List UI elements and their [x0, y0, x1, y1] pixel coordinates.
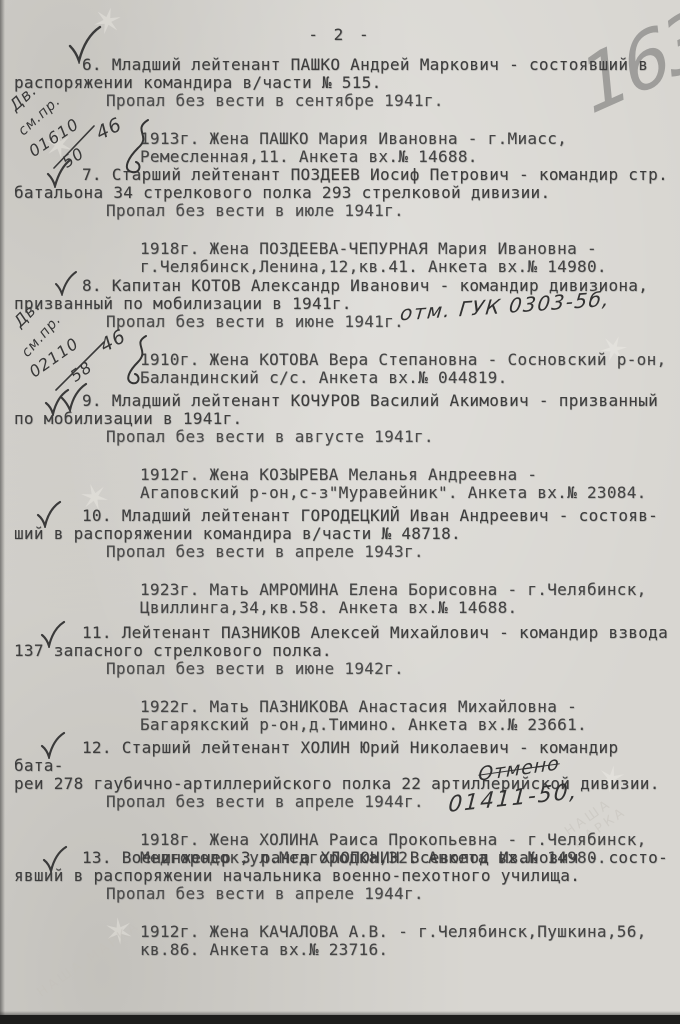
entry-missing-line: Пропал без вести в августе 1941г. [14, 428, 674, 446]
entry-missing-line: Пропал без вести в июле 1941г. [14, 202, 674, 220]
entry-main-line: 6. Младший лейтенант ПАШКО Андрей Марков… [14, 56, 674, 74]
relative-line: кв.86. Анкета вх.№ 23716. [140, 941, 674, 959]
relative-line: Цвиллинга,34,кв.58. Анкета вх.№ 14688. [140, 599, 674, 617]
checkmark-icon [40, 620, 66, 648]
relative-line: 1912г. Жена КОЗЫРЕВА Меланья Андреевна - [140, 466, 674, 484]
relative-line: 1918г. Жена ПОЗДЕЕВА-ЧЕПУРНАЯ Мария Иван… [140, 240, 674, 258]
entry-relative-block: 1910г. Жена КОТОВА Вера Степановна - Сос… [140, 351, 674, 387]
relative-line: Багарякский р-он,д.Тимино. Анкета вх.№ 2… [140, 716, 674, 734]
relative-line: Ремесленная,11. Анкета вх.№ 14688. [140, 148, 674, 166]
relative-line: г.Челябинск,Ленина,12,кв.41. Анкета вх.№… [140, 258, 674, 276]
checkmark-icon [46, 158, 72, 188]
ink-flourish [120, 334, 156, 390]
relative-line: 1913г. Жена ПАШКО Мария Ивановна - г.Миа… [140, 130, 674, 148]
entry-missing-line: Пропал без вести в сентябре 1941г. [14, 92, 674, 110]
relative-line: 1923г. Мать АМРОМИНА Елена Борисовна - г… [140, 581, 674, 599]
entry-relative-block: 1923г. Мать АМРОМИНА Елена Борисовна - г… [140, 581, 674, 617]
relative-line: 1922г. Мать ПАЗНИКОВА Анастасия Михайлов… [140, 698, 674, 716]
relative-line: 1912г. Жена КАЧАЛОВА А.В. - г.Челябинск,… [140, 923, 674, 941]
checkmark-icon [44, 388, 70, 416]
scan-edge-left [0, 0, 5, 1024]
checkmark-icon [54, 270, 78, 296]
checkmark-icon [68, 24, 102, 64]
entry-main-line: 11. Лейтенант ПАЗНИКОВ Алексей Михайлови… [14, 624, 674, 642]
entry-main-line: явший в распоряжении начальника военно-п… [14, 867, 674, 885]
entry-relative-block: 1912г. Жена КОЗЫРЕВА Меланья Андреевна -… [140, 466, 674, 502]
checkmark-icon [40, 731, 66, 759]
record-entry-7: 7. Старший лейтенант ПОЗДЕЕВ Иосиф Петро… [14, 166, 674, 276]
record-entry-9: 9. Младший лейтенант КОЧУРОВ Василий Аки… [14, 392, 674, 502]
entry-main-line: 12. Старший лейтенант ХОЛИН Юрий Николае… [14, 739, 674, 775]
entry-main-line: ший в распоряжении командира в/части № 4… [14, 525, 674, 543]
entry-main-line: 10. Младший лейтенант ГОРОДЕЦКИЙ Иван Ан… [14, 507, 674, 525]
relative-line: Агаповский р-он,с-з"Муравейник". Анкета … [140, 484, 674, 502]
entry-main-line: 13. Военинженер 3 ранга ХЛОПОНИН Всеволо… [14, 849, 674, 867]
scanned-document-page: ✶ ✶ ✶ ✶ ✶ ✶ НАША МАРКА НАША МАРКА - 2 - … [0, 0, 680, 1024]
entry-relative-block: 1922г. Мать ПАЗНИКОВА Анастасия Михайлов… [140, 698, 674, 734]
ink-flourish [118, 118, 160, 180]
entry-main-line: распоряжении командира в/части № 515. [14, 74, 674, 92]
relative-line: 1918г. Жена ХОЛИНА Раиса Прокопьевна - г… [140, 831, 674, 849]
entry-relative-block: 1918г. Жена ПОЗДЕЕВА-ЧЕПУРНАЯ Мария Иван… [140, 240, 674, 276]
entry-main-line: 137 запасного стрелкового полка. [14, 642, 674, 660]
entry-relative-block: 1912г. Жена КАЧАЛОВА А.В. - г.Челябинск,… [140, 923, 674, 959]
checkmark-icon [42, 845, 68, 873]
record-entry-10: 10. Младший лейтенант ГОРОДЕЦКИЙ Иван Ан… [14, 507, 674, 617]
entry-main-line: по мобилизации в 1941г. [14, 410, 674, 428]
entry-missing-line: Пропал без вести в июне 1942г. [14, 660, 674, 678]
scan-edge-bottom [0, 1015, 680, 1024]
entry-main-line: 9. Младший лейтенант КОЧУРОВ Василий Аки… [14, 392, 674, 410]
entry-main-line: батальона 34 стрелкового полка 293 стрел… [14, 184, 674, 202]
entry-missing-line: Пропал без вести в апреле 1943г. [14, 543, 674, 561]
record-entry-6: 6. Младший лейтенант ПАШКО Андрей Марков… [14, 56, 674, 166]
entry-relative-block: 1913г. Жена ПАШКО Мария Ивановна - г.Миа… [140, 130, 674, 166]
entry-missing-line: Пропал без вести в апреле 1944г. [14, 885, 674, 903]
entry-main-line: 7. Старший лейтенант ПОЗДЕЕВ Иосиф Петро… [14, 166, 674, 184]
relative-line: 1910г. Жена КОТОВА Вера Степановна - Сос… [140, 351, 674, 369]
record-entry-13: 13. Военинженер 3 ранга ХЛОПОНИН Всеволо… [14, 849, 674, 959]
checkmark-icon [36, 500, 62, 528]
relative-line: Баландинский с/с. Анкета вх.№ 044819. [140, 369, 674, 387]
record-entry-11: 11. Лейтенант ПАЗНИКОВ Алексей Михайлови… [14, 624, 674, 734]
